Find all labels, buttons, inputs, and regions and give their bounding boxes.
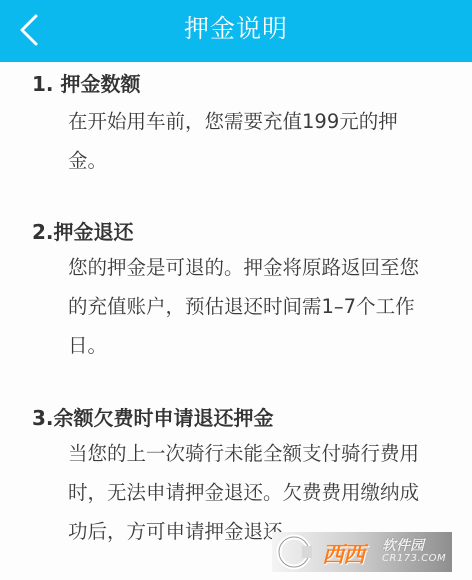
body-line: 日。 bbox=[68, 326, 440, 365]
section-title: 2.押金退还 bbox=[32, 216, 134, 245]
watermark-brand: 西西 bbox=[322, 538, 364, 569]
body-line: 您的押金是可退的。押金将原路返回至您 bbox=[68, 248, 440, 287]
watermark: 西西 软件园 CR173.COM bbox=[272, 532, 452, 572]
page-title: 押金说明 bbox=[0, 0, 472, 62]
app-header: 押金说明 bbox=[0, 0, 472, 62]
section-body: 在开始用车前，您需要充值199元的押 金。 bbox=[68, 102, 440, 180]
watermark-url: CR173.COM bbox=[382, 553, 446, 564]
section-body: 您的押金是可退的。押金将原路返回至您 的充值账户，预估退还时间需1–7个工作 日… bbox=[68, 248, 440, 365]
body-line: 时，无法申请押金退还。欠费费用缴纳成 bbox=[68, 473, 440, 512]
body-line: 当您的上一次骑行未能全额支付骑行费用 bbox=[68, 434, 440, 473]
watermark-logo-icon bbox=[276, 534, 312, 570]
section-title: 1. 押金数额 bbox=[32, 68, 140, 97]
body-line: 金。 bbox=[68, 141, 440, 180]
body-line: 的充值账户，预估退还时间需1–7个工作 bbox=[68, 287, 440, 326]
body-line: 在开始用车前，您需要充值199元的押 bbox=[68, 102, 440, 141]
section-title: 3.余额欠费时申请退还押金 bbox=[32, 402, 274, 431]
deposit-info-page: 押金说明 1. 押金数额 在开始用车前，您需要充值199元的押 金。 2.押金退… bbox=[0, 0, 472, 580]
watermark-name: 软件园 bbox=[382, 535, 424, 555]
